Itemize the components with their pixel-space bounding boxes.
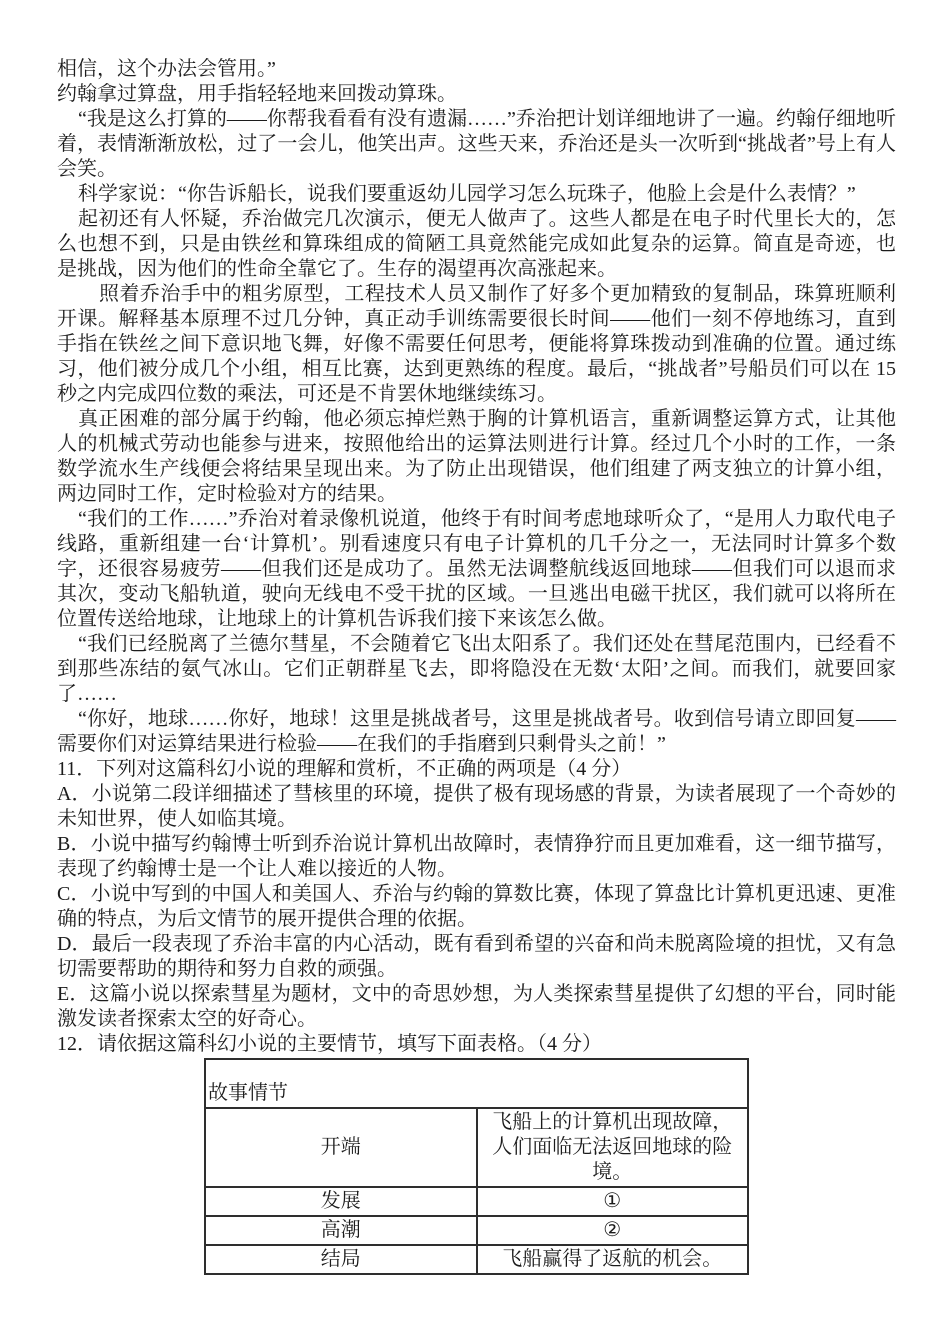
- plot-table-title-cell: 故事情节: [205, 1059, 748, 1108]
- story-paragraph: “我们的工作……”乔治对着录像机说道，他终于有时间考虑地球听众了，“是用人力取代…: [57, 507, 896, 632]
- question-11-stem: 11．下列对这篇科幻小说的理解和赏析，不正确的两项是（4 分）: [57, 757, 896, 782]
- table-cell-content: 飞船上的计算机出现故障，人们面临无法返回地球的险境。: [477, 1108, 749, 1187]
- story-paragraph: “我是这么打算的——你帮我看看有没有遗漏……”乔治把计划详细地讲了一遍。约翰仔细…: [57, 107, 896, 182]
- question-11: 11．下列对这篇科幻小说的理解和赏析，不正确的两项是（4 分） A．小说第二段详…: [57, 757, 896, 1032]
- story-paragraph: 相信，这个办法会管用。”: [57, 57, 896, 82]
- table-row: 高潮 ②: [205, 1216, 748, 1245]
- story-paragraph: 约翰拿过算盘，用手指轻轻地来回拨动算珠。: [57, 82, 896, 107]
- table-row: 故事情节: [205, 1059, 748, 1108]
- table-cell-stage: 发展: [205, 1187, 477, 1216]
- story-paragraph: “我们已经脱离了兰德尔彗星，不会随着它飞出太阳系了。我们还处在彗尾范围内，已经看…: [57, 632, 896, 707]
- question-11-option-c: C．小说中写到的中国人和美国人、乔治与约翰的算数比赛，体现了算盘比计算机更迅速、…: [57, 882, 896, 932]
- story-paragraph: 真正困难的部分属于约翰，他必须忘掉烂熟于胸的计算机语言，重新调整运算方式，让其他…: [57, 407, 896, 507]
- story-paragraph: 科学家说：“你告诉船长，说我们要重返幼儿园学习怎么玩珠子，他脸上会是什么表情？”: [57, 182, 896, 207]
- plot-table: 故事情节 开端 飞船上的计算机出现故障，人们面临无法返回地球的险境。 发展 ① …: [204, 1058, 749, 1275]
- question-11-option-b: B．小说中描写约翰博士听到乔治说计算机出故障时，表情狰狞而且更加难看，这一细节描…: [57, 832, 896, 882]
- story-paragraph: “你好，地球……你好，地球！这里是挑战者号，这里是挑战者号。收到信号请立即回复—…: [57, 707, 896, 757]
- table-cell-content: ②: [477, 1216, 749, 1245]
- question-12: 12．请依据这篇科幻小说的主要情节，填写下面表格。（4 分） 故事情节 开端 飞…: [57, 1032, 896, 1275]
- table-cell-stage: 开端: [205, 1108, 477, 1187]
- question-11-option-e: E．这篇小说以探索彗星为题材，文中的奇思妙想，为人类探索彗星提供了幻想的平台，同…: [57, 982, 896, 1032]
- table-cell-content: ①: [477, 1187, 749, 1216]
- story-passage: 相信，这个办法会管用。” 约翰拿过算盘，用手指轻轻地来回拨动算珠。 “我是这么打…: [57, 57, 896, 757]
- question-11-option-a: A．小说第二段详细描述了彗核里的环境，提供了极有现场感的背景，为读者展现了一个奇…: [57, 782, 896, 832]
- table-row: 开端 飞船上的计算机出现故障，人们面临无法返回地球的险境。: [205, 1108, 748, 1187]
- table-row: 发展 ①: [205, 1187, 748, 1216]
- question-11-option-d: D．最后一段表现了乔治丰富的内心活动，既有看到希望的兴奋和尚未脱离险境的担忧，又…: [57, 932, 896, 982]
- exam-page: 相信，这个办法会管用。” 约翰拿过算盘，用手指轻轻地来回拨动算珠。 “我是这么打…: [0, 0, 950, 1344]
- story-paragraph: 起初还有人怀疑，乔治做完几次演示，便无人做声了。这些人都是在电子时代里长大的，怎…: [57, 207, 896, 282]
- table-row: 结局 飞船赢得了返航的机会。: [205, 1245, 748, 1274]
- table-cell-stage: 结局: [205, 1245, 477, 1274]
- question-12-stem: 12．请依据这篇科幻小说的主要情节，填写下面表格。（4 分）: [57, 1032, 896, 1057]
- table-cell-stage: 高潮: [205, 1216, 477, 1245]
- story-paragraph: 照着乔治手中的粗劣原型，工程技术人员又制作了好多个更加精致的复制品，珠算班顺利开…: [57, 282, 896, 407]
- table-cell-content: 飞船赢得了返航的机会。: [477, 1245, 749, 1274]
